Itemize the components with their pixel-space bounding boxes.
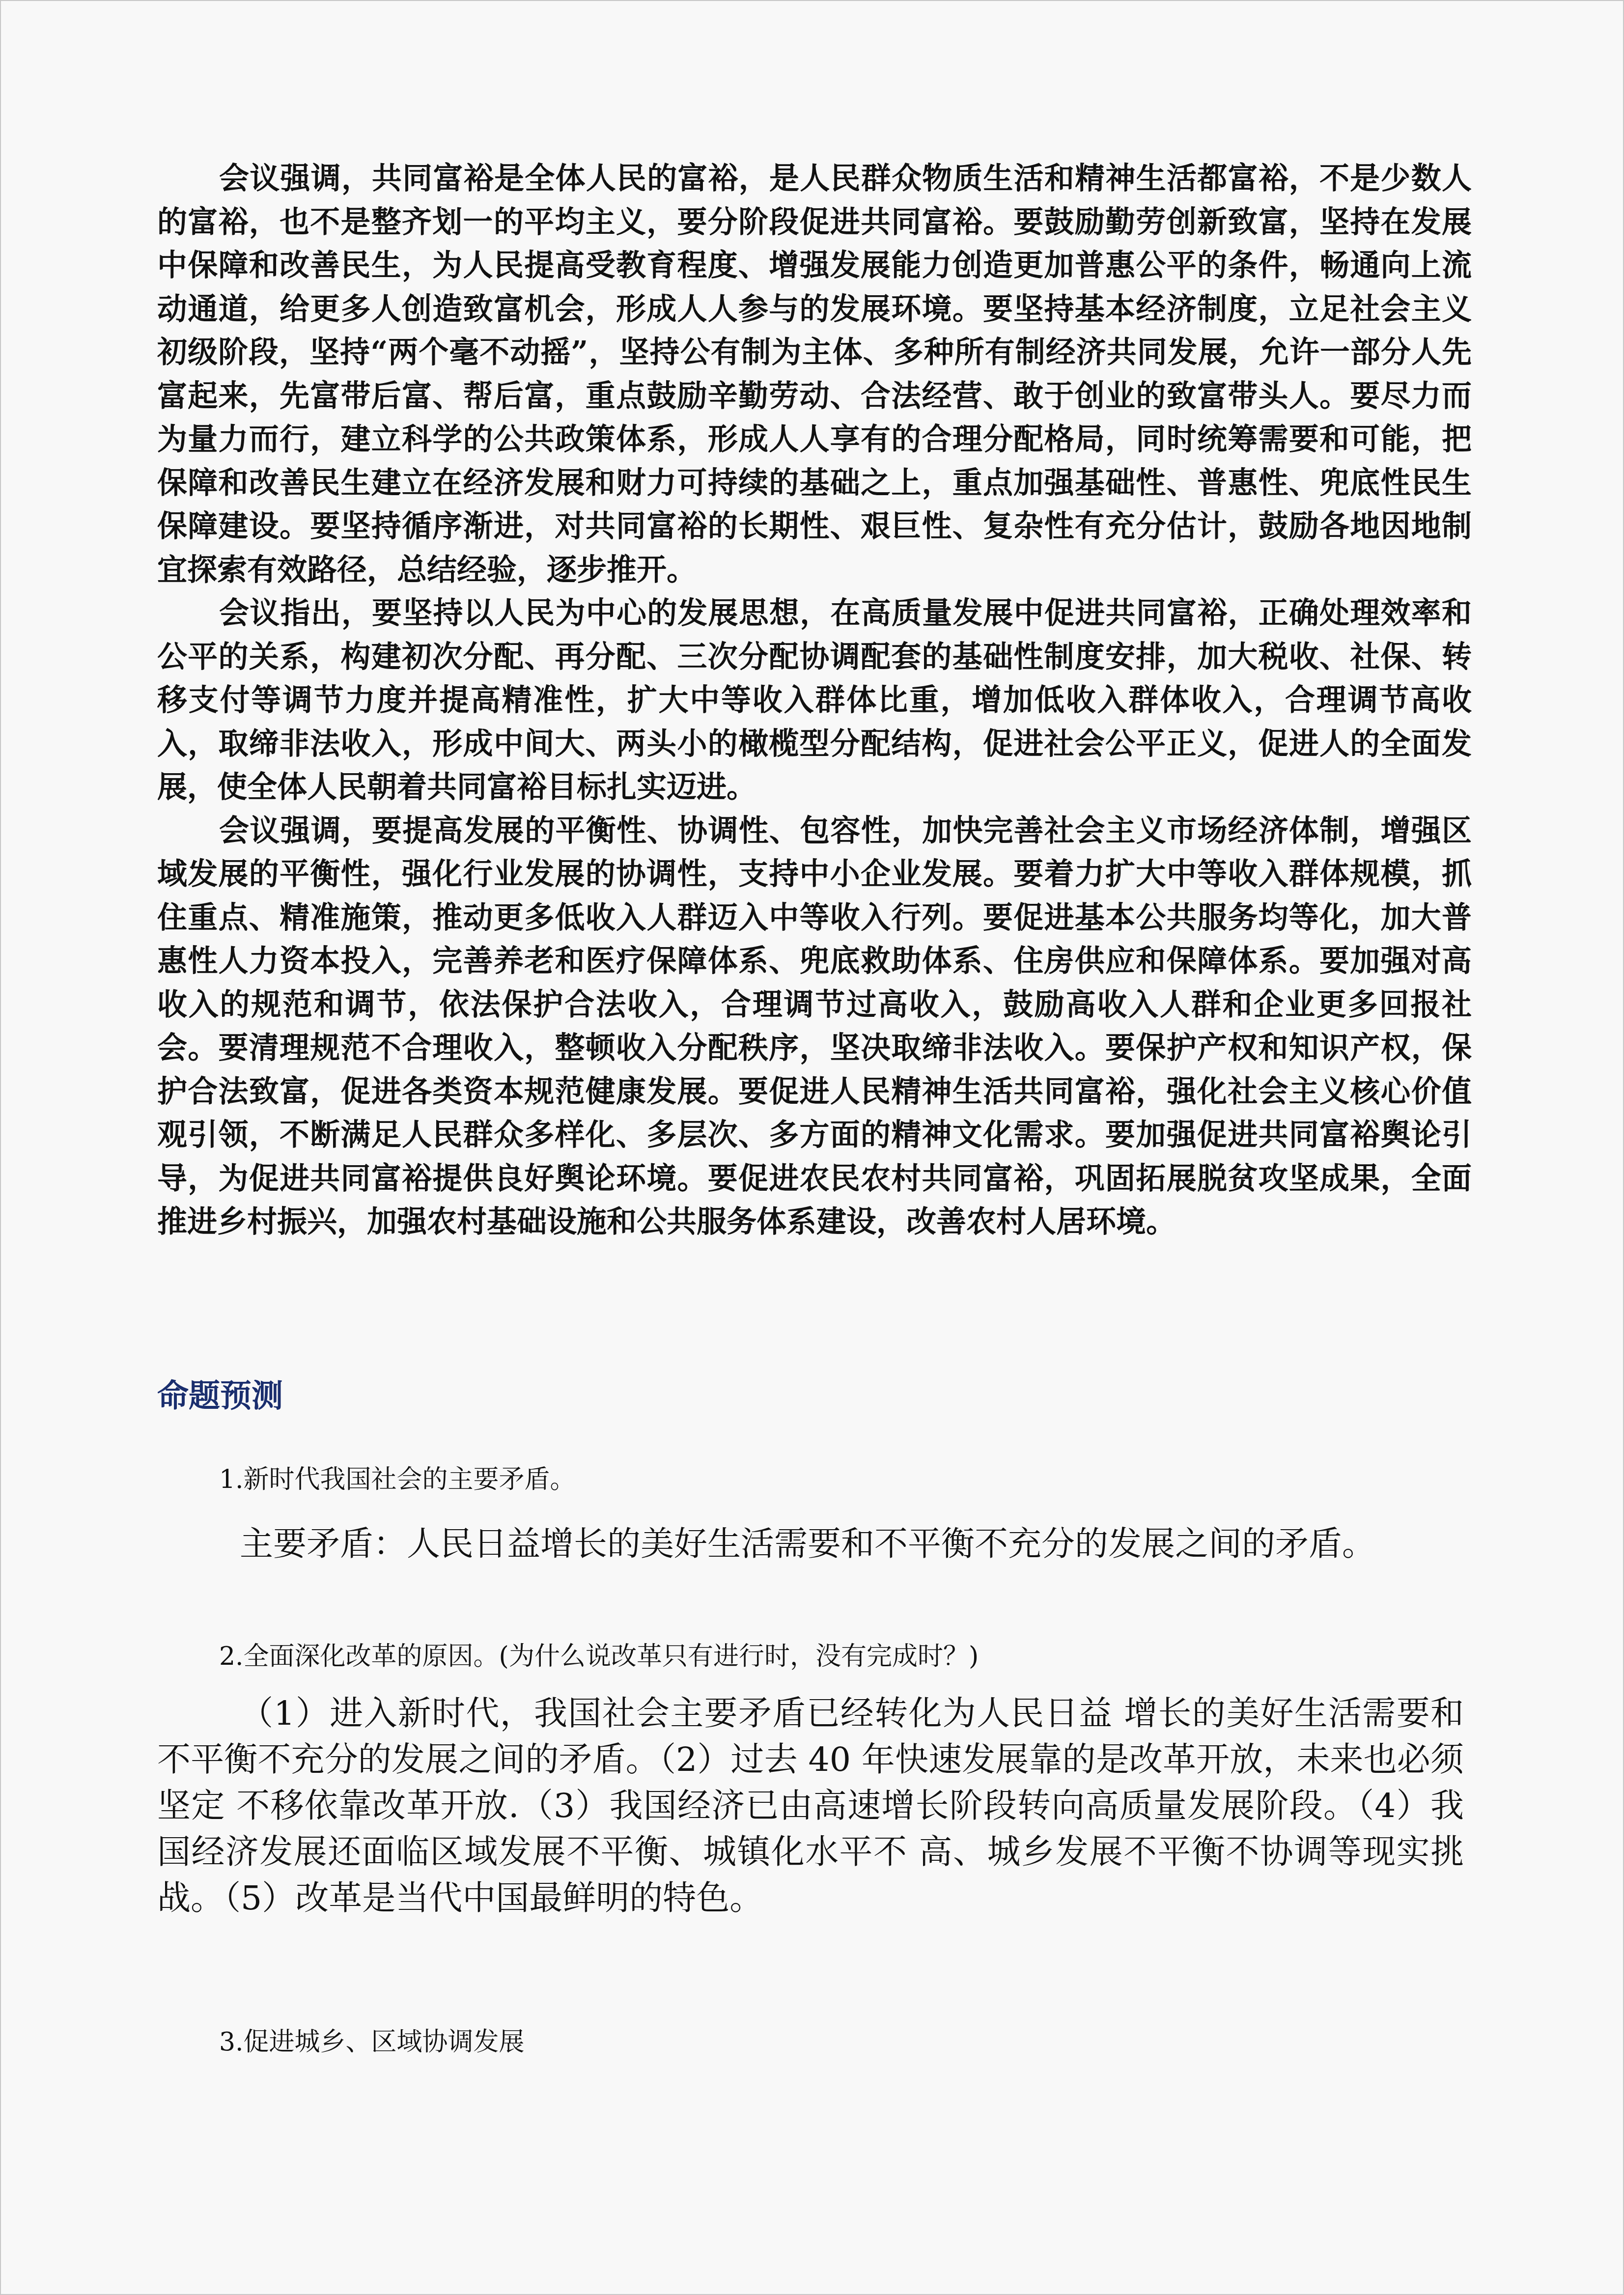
question-1-title: 1.新时代我国社会的主要矛盾。 [219, 1462, 576, 1497]
question-1-answer: 主要矛盾：人民日益增长的美好生活需要和不平衡不充分的发展之间的矛盾。 [157, 1521, 1464, 1567]
paragraph-common-prosperity: 会议强调，共同富裕是全体人民的富裕，是人民群众物质生活和精神生活都富裕，不是少数… [157, 157, 1472, 592]
article-body: 会议强调，共同富裕是全体人民的富裕，是人民群众物质生活和精神生活都富裕，不是少数… [157, 157, 1472, 1244]
document-page: 会议强调，共同富裕是全体人民的富裕，是人民群众物质生活和精神生活都富裕，不是少数… [0, 0, 1624, 2295]
question-3-title: 3.促进城乡、区域协调发展 [219, 2025, 525, 2059]
paragraph-people-centered: 会议指出，要坚持以人民为中心的发展思想，在高质量发展中促进共同富裕，正确处理效率… [157, 592, 1472, 810]
section-heading: 命题预测 [157, 1376, 283, 1416]
paragraph-balanced-development: 会议强调，要提高发展的平衡性、协调性、包容性，加快完善社会主义市场经济体制，增强… [157, 810, 1472, 1244]
question-2-answer: （1）进入新时代，我国社会主要矛盾已经转化为人民日益 增长的美好生活需要和不平衡… [157, 1691, 1464, 1922]
question-2-title: 2.全面深化改革的原因。(为什么说改革只有进行时，没有完成时？) [219, 1639, 979, 1674]
